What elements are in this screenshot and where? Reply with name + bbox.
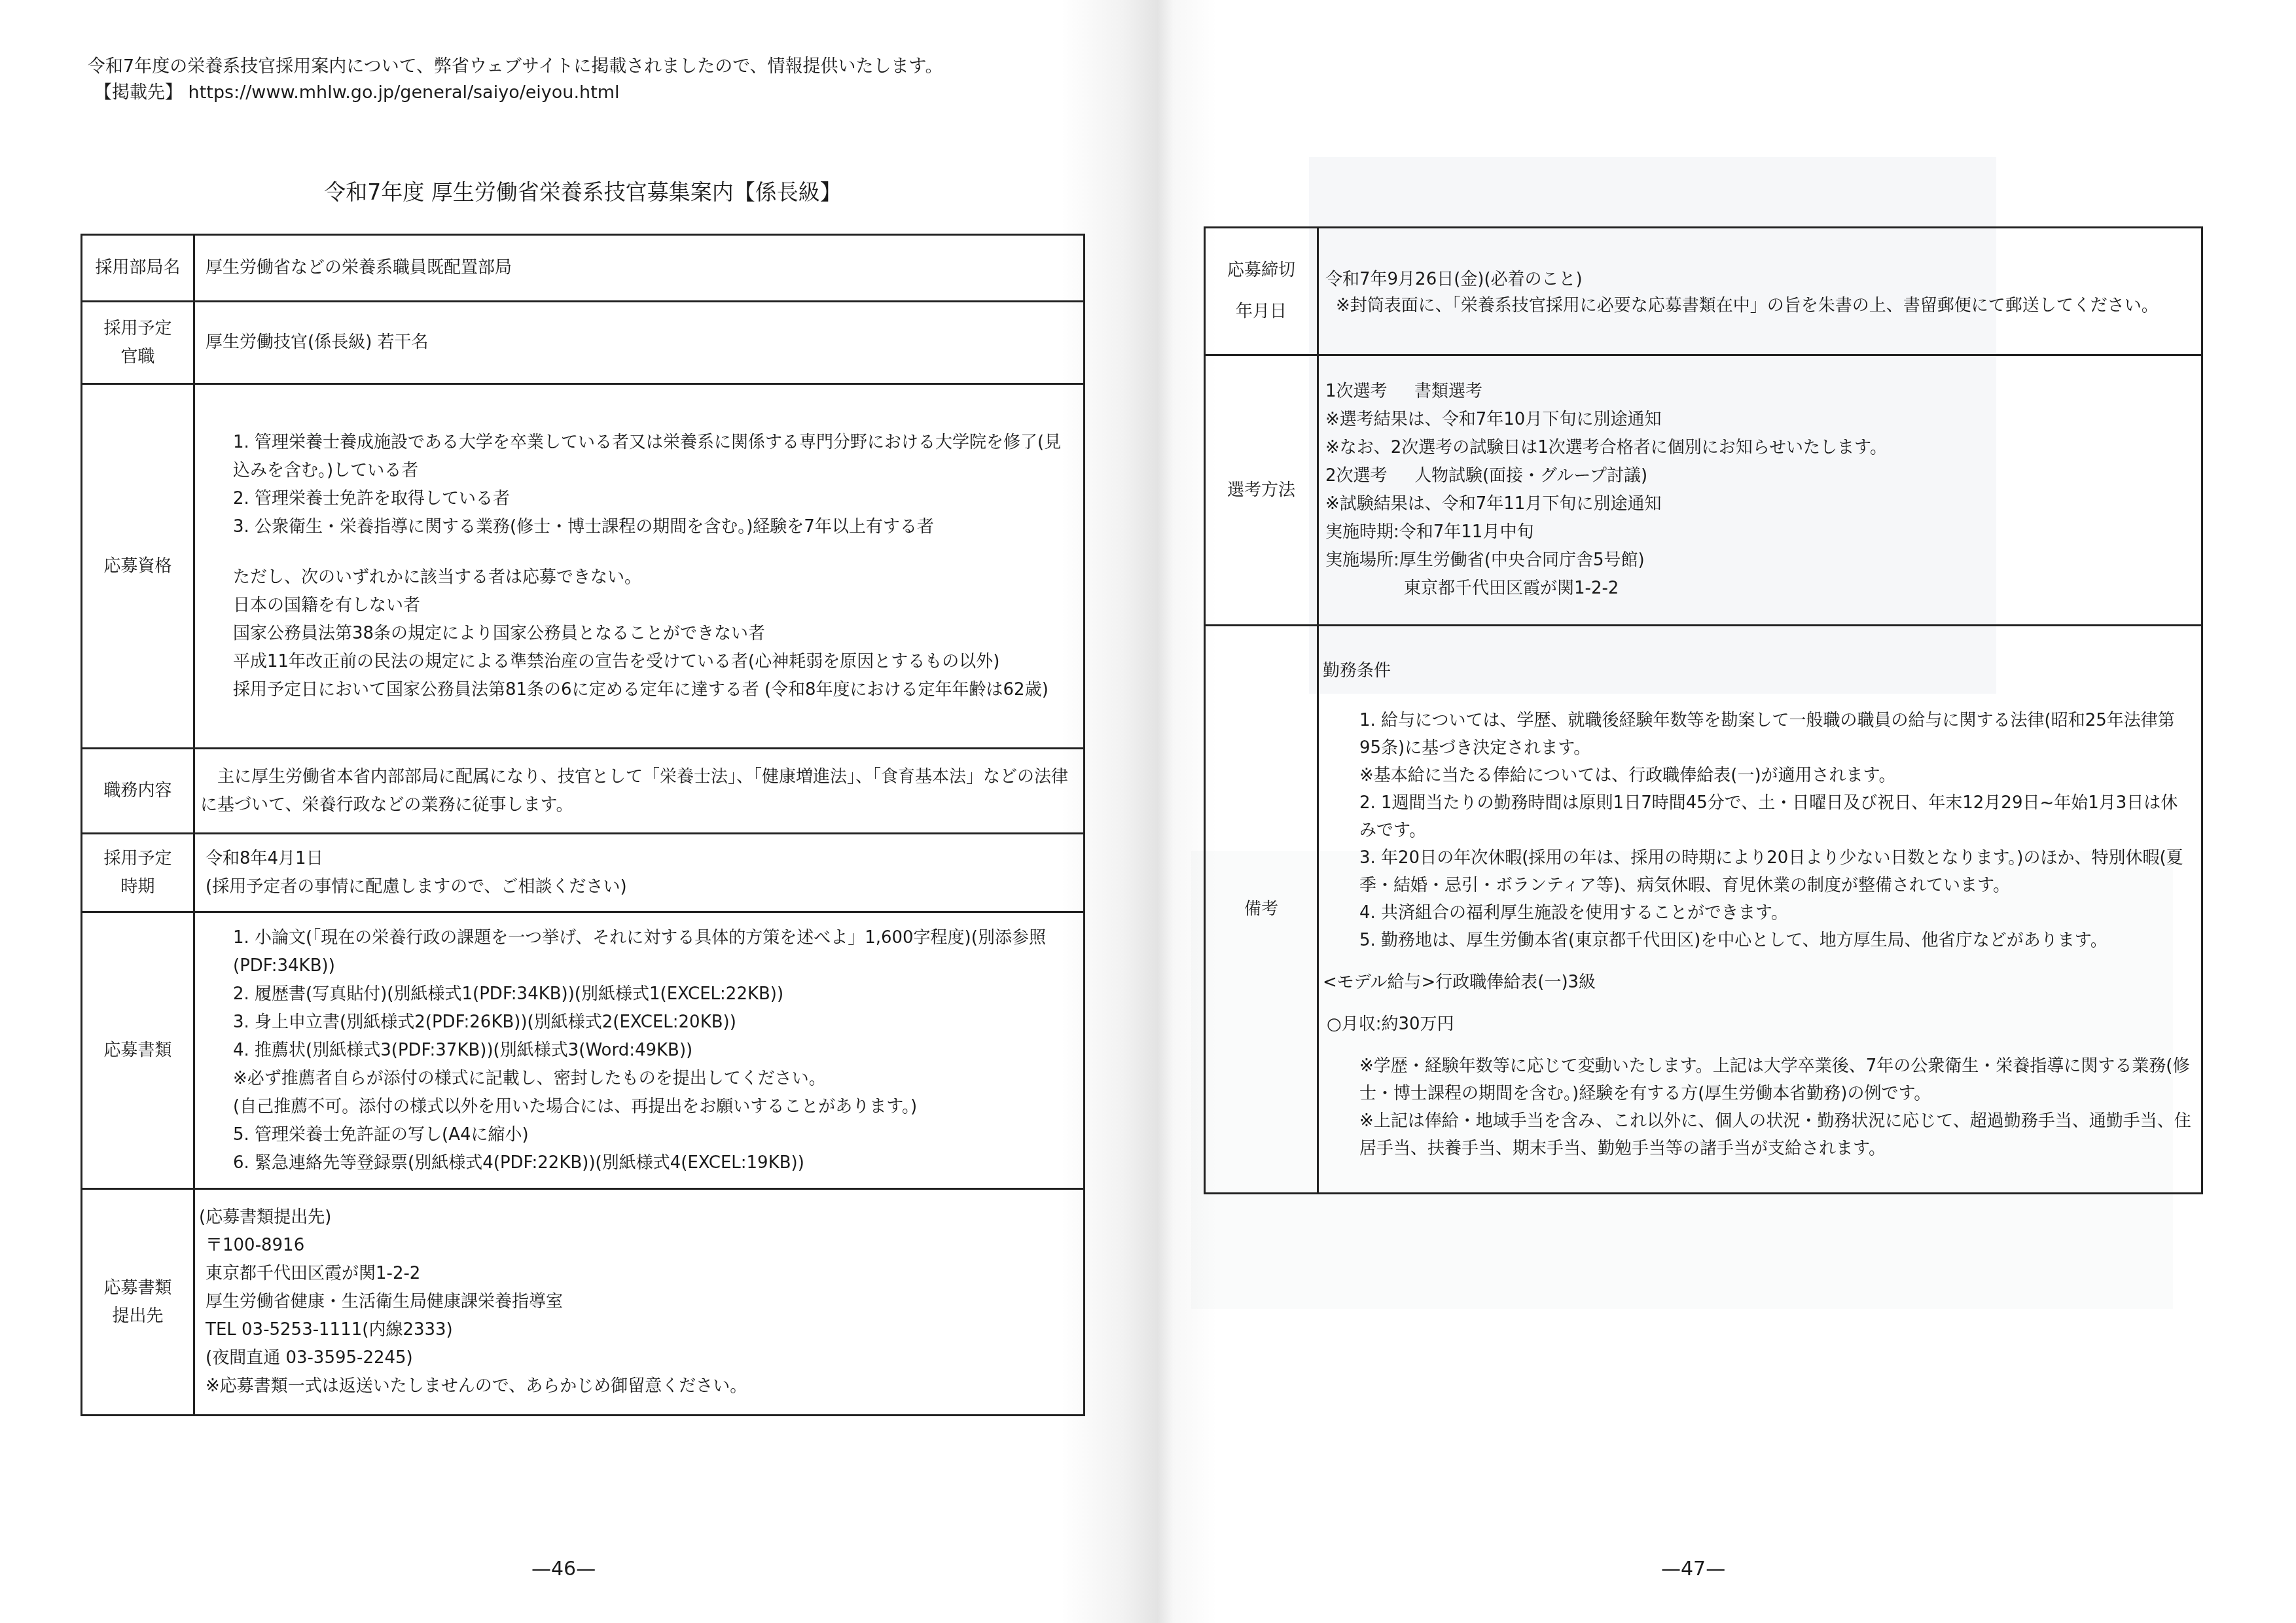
row-duties: 職務内容 主に厚生労働省本省内部部局に配属になり、技官として「栄養士法」、「健康… xyxy=(82,749,1085,834)
stage2: 2次選考 人物試験(面接・グループ討議) xyxy=(1325,462,2195,490)
exam-venue: 実施場所:厚生労働省(中央合同庁舎5号館) xyxy=(1325,546,2195,575)
postal-code: 〒100-8916 xyxy=(206,1232,1077,1260)
document-item: 5. 管理栄養士免許証の写し(A4に縮小) xyxy=(233,1121,1077,1149)
value-documents: 1. 小論文(「現在の栄養行政の課題を一つ挙げ、それに対する具体的方策を述べよ」… xyxy=(194,912,1085,1189)
deadline-note: ※封筒表面に、「栄養系技官採用に必要な応募書類在中」の旨を朱書の上、書留郵便にて… xyxy=(1325,294,2195,317)
value-deadline: 令和7年9月26日(金)(必着のこと) ※封筒表面に、「栄養系技官採用に必要な応… xyxy=(1318,228,2202,355)
source-url: https://www.mhlw.go.jp/general/saiyo/eiy… xyxy=(188,82,620,103)
label-position: 採用予定 官職 xyxy=(82,302,194,384)
exclusion-intro: ただし、次のいずれかに該当する者は応募できない。 xyxy=(233,563,1077,592)
label-remarks: 備考 xyxy=(1205,626,1318,1194)
exclusion-item: 採用予定日において国家公務員法第81条の6に定める定年に達する者 (令和8年度に… xyxy=(233,676,1077,704)
return-note: ※応募書類一式は返送いたしませんので、あらかじめ御留意ください。 xyxy=(206,1372,1077,1400)
label-documents: 応募書類 xyxy=(82,912,194,1189)
page-number-47: —47— xyxy=(1661,1558,1725,1580)
office-name: 厚生労働省健康・生活衛生局健康課栄養指導室 xyxy=(206,1288,1077,1316)
stage1-result: ※選考結果は、令和7年10月下旬に別途通知 xyxy=(1325,406,2195,434)
exam-period: 実施時期:令和7年11月中旬 xyxy=(1325,518,2195,546)
qualification-item: 1. 管理栄養士養成施設である大学を卒業している者又は栄養系に関係する専門分野に… xyxy=(233,429,1077,485)
phone: TEL 03-5253-1111(内線2333) xyxy=(206,1316,1077,1344)
document-item: 6. 緊急連絡先等登録票(別紙様式4(PDF:22KB))(別紙様式4(EXCE… xyxy=(233,1149,1077,1177)
label-qualifications: 応募資格 xyxy=(82,384,194,749)
exclusion-item: 日本の国籍を有しない者 xyxy=(233,592,1077,620)
row-remarks: 備考 勤務条件 1. 給与については、学歴、就職後経験年数等を勘案して一般職の職… xyxy=(1205,626,2202,1194)
intro-text: 令和7年度の栄養系技官採用案内について、弊省ウェブサイトに掲載されましたので、情… xyxy=(88,54,942,80)
label-department: 採用部局名 xyxy=(82,235,194,302)
qualification-item: 3. 公衆衛生・栄養指導に関する業務(修士・博士課程の期間を含む。)経験を7年以… xyxy=(233,513,1077,541)
label-deadline: 応募締切 年月日 xyxy=(1205,228,1318,355)
value-start-date: 令和8年4月1日 (採用予定者の事情に配慮しますので、ご相談ください) xyxy=(194,834,1085,912)
recruitment-table-right: 応募締切 年月日 令和7年9月26日(金)(必着のこと) ※封筒表面に、「栄養系… xyxy=(1204,226,2203,1194)
stage1: 1次選考 書類選考 xyxy=(1325,378,2195,406)
value-duties: 主に厚生労働省本省内部部局に配属になり、技官として「栄養士法」、「健康増進法」、… xyxy=(194,749,1085,834)
deadline-date: 令和7年9月26日(金)(必着のこと) xyxy=(1325,266,2195,294)
label-duties: 職務内容 xyxy=(82,749,194,834)
row-qualifications: 応募資格 1. 管理栄養士養成施設である大学を卒業している者又は栄養系に関係する… xyxy=(82,384,1085,749)
model-salary: <モデル給与>行政職俸給表(一)3級 xyxy=(1323,969,2195,996)
submit-heading: (応募書類提出先) xyxy=(199,1204,1077,1232)
value-position: 厚生労働技官(係長級) 若干名 xyxy=(194,302,1085,384)
row-deadline: 応募締切 年月日 令和7年9月26日(金)(必着のこと) ※封筒表面に、「栄養系… xyxy=(1205,228,2202,355)
address: 東京都千代田区霞が関1-2-2 xyxy=(206,1260,1077,1288)
salary-note: ※学歴・経験年数等に応じて変動いたします。上記は大学卒業後、7年の公衆衛生・栄養… xyxy=(1359,1052,2195,1107)
value-department: 厚生労働省などの栄養系職員既配置部局 xyxy=(194,235,1085,302)
qualification-item: 2. 管理栄養士免許を取得している者 xyxy=(233,485,1077,513)
row-documents: 応募書類 1. 小論文(「現在の栄養行政の課題を一つ挙げ、それに対する具体的方策… xyxy=(82,912,1085,1189)
exclusion-item: 平成11年改正前の民法の規定による準禁治産の宣告を受けている者(心神耗弱を原因と… xyxy=(233,648,1077,676)
document-item: 2. 履歴書(写真貼付)(別紙様式1(PDF:34KB))(別紙様式1(EXCE… xyxy=(233,980,1077,1008)
condition-item: 5. 勤務地は、厚生労働本省(東京都千代田区)を中心として、地方厚生局、他省庁な… xyxy=(1359,927,2195,954)
value-submit-to: (応募書類提出先) 〒100-8916 東京都千代田区霞が関1-2-2 厚生労働… xyxy=(194,1189,1085,1416)
condition-item: 4. 共済組合の福利厚生施設を使用することができます。 xyxy=(1359,899,2195,927)
condition-note: ※基本給に当たる俸給については、行政職俸給表(一)が適用されます。 xyxy=(1359,762,2195,789)
row-selection: 選考方法 1次選考 書類選考 ※選考結果は、令和7年10月下旬に別途通知 ※なお… xyxy=(1205,355,2202,626)
label-submit-to: 応募書類 提出先 xyxy=(82,1189,194,1416)
condition-item: 3. 年20日の年次休暇(採用の年は、採用の時期により20日より少ない日数となり… xyxy=(1359,844,2195,899)
row-position: 採用予定 官職 厚生労働技官(係長級) 若干名 xyxy=(82,302,1085,384)
source-line: 【掲載先】 https://www.mhlw.go.jp/general/sai… xyxy=(88,80,942,106)
monthly-income: ○月収:約30万円 xyxy=(1323,1010,2195,1038)
salary-note: ※上記は俸給・地域手当を含み、これ以外に、個人の状況・勤務状況に応じて、超過勤務… xyxy=(1359,1107,2195,1162)
stage2-result: ※試験結果は、令和7年11月下旬に別途通知 xyxy=(1325,490,2195,518)
intro-notice: 令和7年度の栄養系技官採用案内について、弊省ウェブサイトに掲載されましたので、情… xyxy=(88,54,942,106)
document-title: 令和7年度 厚生労働省栄養系技官募集案内【係長級】 xyxy=(81,175,1085,206)
condition-item: 2. 1週間当たりの勤務時間は原則1日7時間45分で、土・日曜日及び祝日、年末1… xyxy=(1359,789,2195,844)
document-item: 3. 身上申立書(別紙様式2(PDF:26KB))(別紙様式2(EXCEL:20… xyxy=(233,1008,1077,1037)
value-qualifications: 1. 管理栄養士養成施設である大学を卒業している者又は栄養系に関係する専門分野に… xyxy=(194,384,1085,749)
row-department: 採用部局名 厚生労働省などの栄養系職員既配置部局 xyxy=(82,235,1085,302)
exclusion-item: 国家公務員法第38条の規定により国家公務員となることができない者 xyxy=(233,620,1077,648)
label-selection: 選考方法 xyxy=(1205,355,1318,626)
stage2-note: ※なお、2次選考の試験日は1次選考合格者に個別にお知らせいたします。 xyxy=(1325,434,2195,462)
night-phone: (夜間直通 03-3595-2245) xyxy=(206,1344,1077,1372)
source-label: 【掲載先】 xyxy=(94,82,183,103)
page-46: 令和7年度の栄養系技官採用案内について、弊省ウェブサイトに掲載されましたので、情… xyxy=(0,0,1139,1623)
recruitment-table-left: 採用部局名 厚生労働省などの栄養系職員既配置部局 採用予定 官職 厚生労働技官(… xyxy=(81,234,1085,1416)
row-start-date: 採用予定 時期 令和8年4月1日 (採用予定者の事情に配慮しますので、ご相談くだ… xyxy=(82,834,1085,912)
book-spread: 令和7年度の栄養系技官採用案内について、弊省ウェブサイトに掲載されましたので、情… xyxy=(0,0,2296,1623)
value-selection: 1次選考 書類選考 ※選考結果は、令和7年10月下旬に別途通知 ※なお、2次選考… xyxy=(1318,355,2202,626)
document-item: 4. 推薦状(別紙様式3(PDF:37KB))(別紙様式3(Word:49KB)… xyxy=(233,1037,1077,1065)
document-note: (自己推薦不可。添付の様式以外を用いた場合には、再提出をお願いすることがあります… xyxy=(233,1093,1077,1121)
condition-item: 1. 給与については、学歴、就職後経験年数等を勘案して一般職の職員の給与に関する… xyxy=(1359,707,2195,762)
exam-venue-address: 東京都千代田区霞が関1-2-2 xyxy=(1325,575,2195,603)
label-start-date: 採用予定 時期 xyxy=(82,834,194,912)
value-remarks: 勤務条件 1. 給与については、学歴、就職後経験年数等を勘案して一般職の職員の給… xyxy=(1318,626,2202,1194)
document-note: ※必ず推薦者自らが添付の様式に記載し、密封したものを提出してください。 xyxy=(233,1065,1077,1093)
work-conditions-heading: 勤務条件 xyxy=(1323,657,2195,685)
row-submit-to: 応募書類 提出先 (応募書類提出先) 〒100-8916 東京都千代田区霞が関1… xyxy=(82,1189,1085,1416)
page-number-46: —46— xyxy=(531,1558,596,1580)
document-item: 1. 小論文(「現在の栄養行政の課題を一つ挙げ、それに対する具体的方策を述べよ」… xyxy=(233,924,1077,980)
